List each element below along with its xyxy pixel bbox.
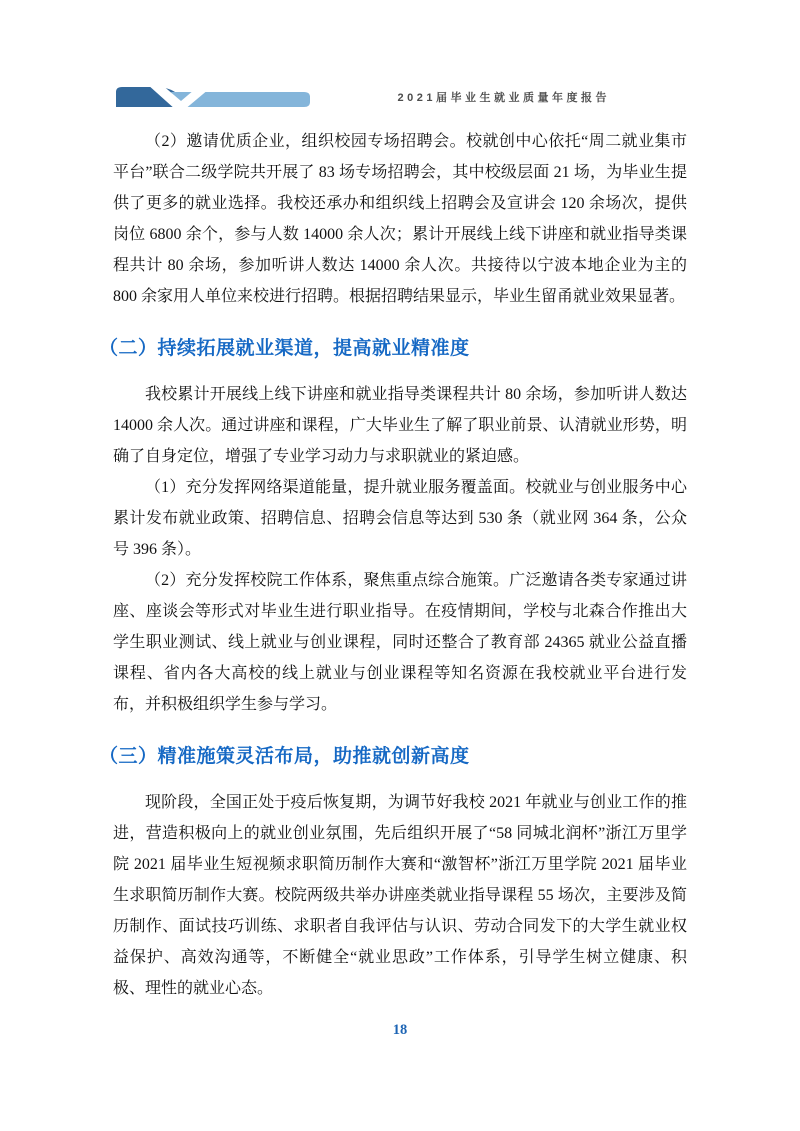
report-page: 2021届毕业生就业质量年度报告 （2）邀请优质企业，组织校园专场招聘会。校就创… xyxy=(0,0,800,1131)
paragraph-lectures-courses: 我校累计开展线上线下讲座和就业指导类课程共计 80 余场，参加听讲人数达 140… xyxy=(113,379,687,472)
university-logo-icon xyxy=(113,84,313,110)
page-footer: 18 xyxy=(0,1021,800,1039)
heading-section-two: （二）持续拓展就业渠道，提高就业精准度 xyxy=(99,336,687,362)
report-header-title: 2021届毕业生就业质量年度报告 xyxy=(398,89,610,105)
paragraph-network-channels: （1）充分发挥网络渠道能量，提升就业服务覆盖面。校就业与创业服务中心累计发布就业… xyxy=(113,472,687,565)
page-content: （2）邀请优质企业，组织校园专场招聘会。校就创中心依托“周二就业集市平台”联合二… xyxy=(0,110,800,1004)
page-header: 2021届毕业生就业质量年度报告 xyxy=(0,0,800,110)
heading-section-three: （三）精准施策灵活布局，助推就创新高度 xyxy=(99,744,687,770)
paragraph-campus-recruitment: （2）邀请优质企业，组织校园专场招聘会。校就创中心依托“周二就业集市平台”联合二… xyxy=(113,126,687,312)
paragraph-college-system: （2）充分发挥校院工作体系，聚焦重点综合施策。广泛邀请各类专家通过讲座、座谈会等… xyxy=(113,565,687,720)
paragraph-competitions-guidance: 现阶段，全国正处于疫后恢复期，为调节好我校 2021 年就业与创业工作的推进，营… xyxy=(113,787,687,1004)
page-number: 18 xyxy=(393,1022,408,1039)
